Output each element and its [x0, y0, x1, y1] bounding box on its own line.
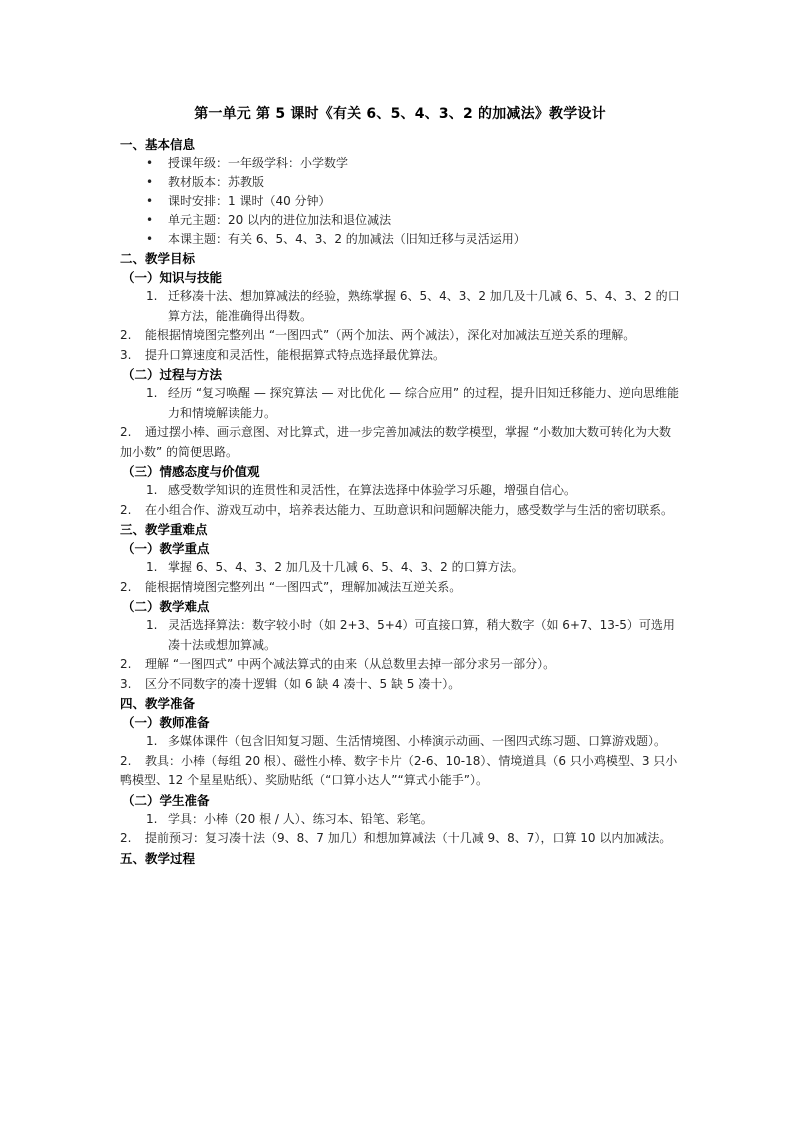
subheading-knowledge: （一）知识与技能	[120, 268, 680, 287]
bullet-icon: •	[146, 154, 153, 173]
numbered-item: 2.在小组合作、游戏互动中，培养表达能力、互助意识和问题解决能力，感受数学与生活…	[120, 501, 680, 521]
subheading-difficulty: （二）教学难点	[120, 597, 680, 616]
subheading-attitude: （三）情感态度与价值观	[120, 462, 680, 481]
section-heading-basic-info: 一、基本信息	[120, 135, 680, 154]
bullet-item: •课时安排：1 课时（40 分钟）	[120, 192, 680, 211]
numbered-item: 3.区分不同数字的凑十逻辑（如 6 缺 4 凑十、5 缺 5 凑十）。	[120, 675, 680, 695]
subheading-student-prep: （二）学生准备	[120, 791, 680, 810]
subheading-teacher-prep: （一）教师准备	[120, 713, 680, 732]
numbered-item: 1.学具：小棒（20 根 / 人）、练习本、铅笔、彩笔。	[120, 810, 680, 830]
numbered-item: 3.提升口算速度和灵活性，能根据算式特点选择最优算法。	[120, 346, 680, 366]
bullet-item: •单元主题：20 以内的进位加法和退位减法	[120, 211, 680, 230]
bullet-item: •本课主题：有关 6、5、4、3、2 的加减法（旧知迁移与灵活运用）	[120, 230, 680, 249]
numbered-item: 2.通过摆小棒、画示意图、对比算式，进一步完善加减法的数学模型，掌握 “小数加大…	[120, 423, 680, 462]
bullet-icon: •	[146, 230, 153, 249]
section-heading-process: 五、教学过程	[120, 849, 680, 868]
numbered-item: 1.感受数学知识的连贯性和灵活性，在算法选择中体验学习乐趣，增强自信心。	[120, 481, 680, 501]
bullet-icon: •	[146, 173, 153, 192]
numbered-item: 2.能根据情境图完整列出 “一图四式”（两个加法、两个减法），深化对加减法互逆关…	[120, 326, 680, 346]
bullet-item: •教材版本：苏教版	[120, 173, 680, 192]
numbered-item: 1.迁移凑十法、想加算减法的经验，熟练掌握 6、5、4、3、2 加几及十几减 6…	[120, 287, 680, 326]
numbered-item: 1.多媒体课件（包含旧知复习题、生活情境图、小棒演示动画、一图四式练习题、口算游…	[120, 732, 680, 752]
numbered-item: 1.经历 “复习唤醒 — 探究算法 — 对比优化 — 综合应用” 的过程，提升旧…	[120, 384, 680, 423]
section-heading-keypoints: 三、教学重难点	[120, 520, 680, 539]
bullet-icon: •	[146, 192, 153, 211]
numbered-item: 2.教具：小棒（每组 20 根）、磁性小棒、数字卡片（2-6、10-18）、情境…	[120, 752, 680, 791]
numbered-item: 1.掌握 6、5、4、3、2 加几及十几减 6、5、4、3、2 的口算方法。	[120, 558, 680, 578]
document-title: 第一单元 第 5 课时《有关 6、5、4、3、2 的加减法》教学设计	[110, 104, 690, 124]
numbered-item: 1.灵活选择算法：数字较小时（如 2+3、5+4）可直接口算，稍大数字（如 6+…	[120, 616, 680, 655]
bullet-icon: •	[146, 211, 153, 230]
bullet-item: •授课年级：一年级学科：小学数学	[120, 154, 680, 173]
document-page: 第一单元 第 5 课时《有关 6、5、4、3、2 的加减法》教学设计 一、基本信…	[120, 104, 680, 868]
section-heading-prep: 四、教学准备	[120, 694, 680, 713]
numbered-item: 2.提前预习：复习凑十法（9、8、7 加几）和想加算减法（十几减 9、8、7），…	[120, 829, 680, 849]
subheading-focus: （一）教学重点	[120, 539, 680, 558]
subheading-process: （二）过程与方法	[120, 365, 680, 384]
numbered-item: 2.能根据情境图完整列出 “一图四式”，理解加减法互逆关系。	[120, 578, 680, 598]
numbered-item: 2.理解 “一图四式” 中两个减法算式的由来（从总数里去掉一部分求另一部分）。	[120, 655, 680, 675]
section-heading-goals: 二、教学目标	[120, 249, 680, 268]
